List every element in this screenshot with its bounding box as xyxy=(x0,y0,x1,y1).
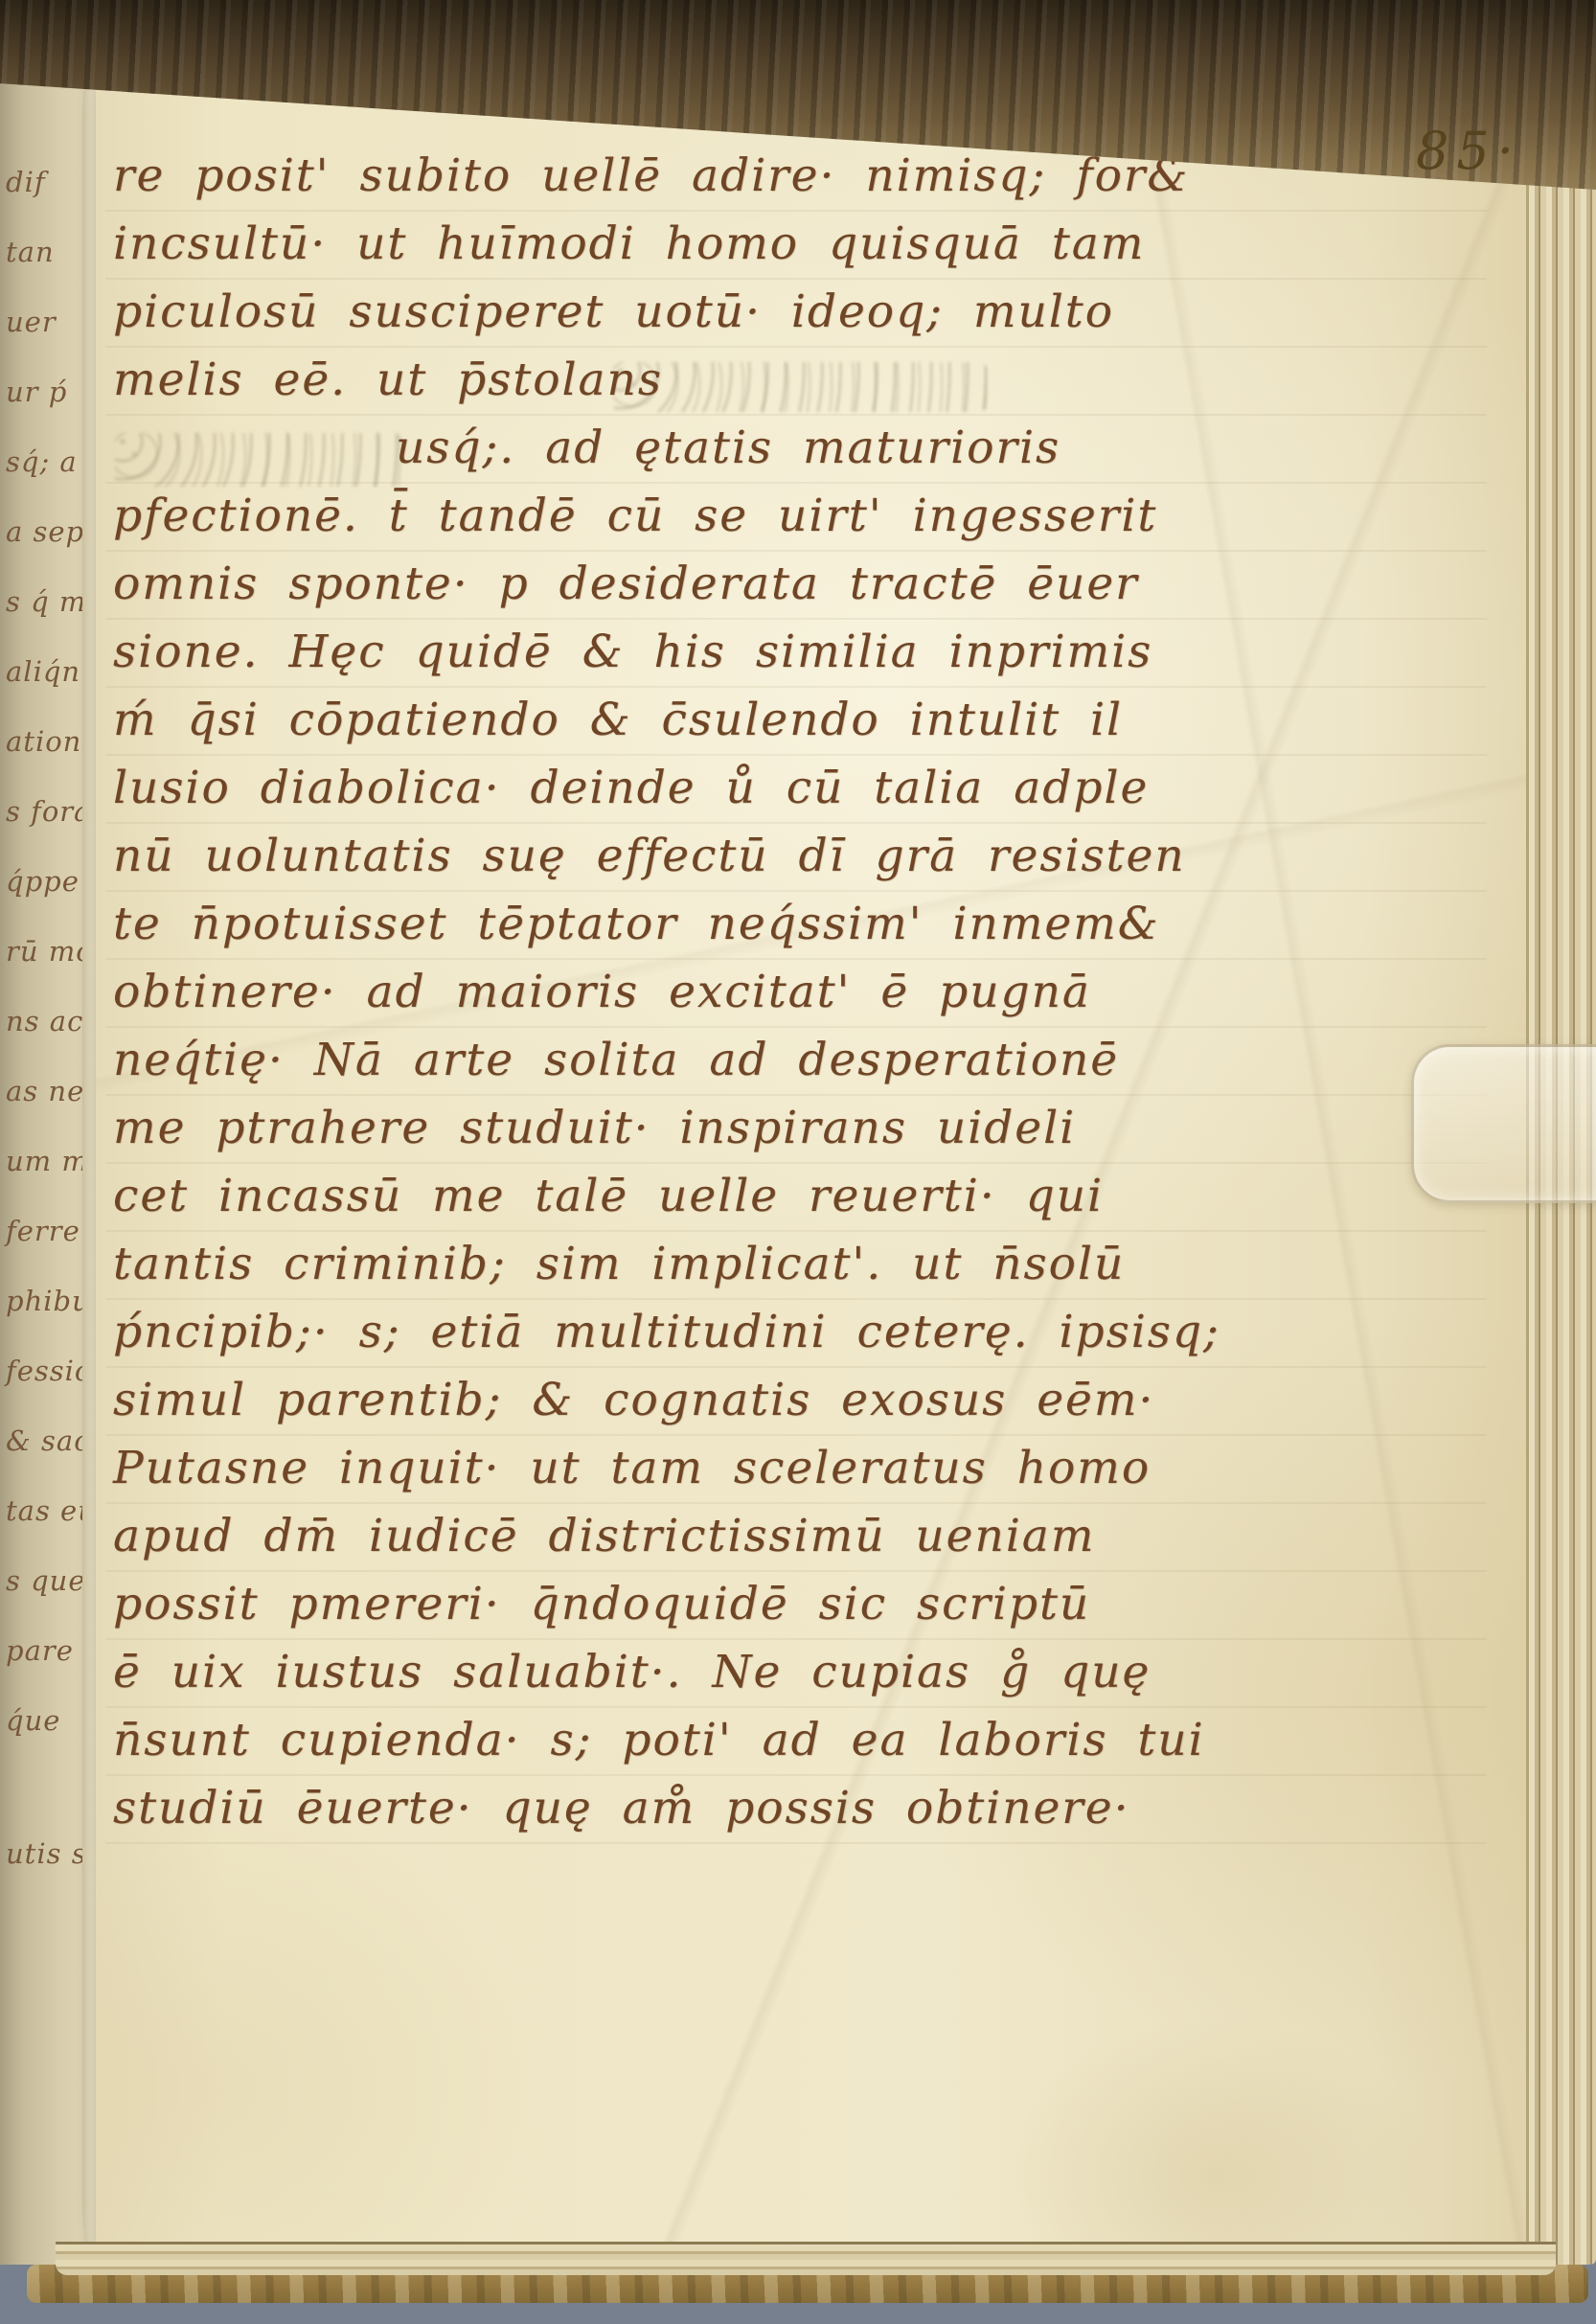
manuscript-book: dif tan uer ur ṕ sq́; a a sep s q́ m ali… xyxy=(0,0,1596,2324)
gutter-text-fragment: ferre. h xyxy=(6,1215,92,1247)
manuscript-text-line: ē uix iustus saluabit·. Ne cupias g̊ quę xyxy=(113,1638,1454,1706)
gutter-facing-page-edge: dif tan uer ur ṕ sq́; a a sep s q́ m ali… xyxy=(0,56,92,2265)
gutter-text-fragment: s foras xyxy=(6,795,92,828)
manuscript-text-line: ṕncipib;· s; etiā multitudini ceterę. ip… xyxy=(113,1298,1454,1366)
manuscript-text-line: studiū ēuerte· quę am̊ possis obtinere· xyxy=(113,1774,1454,1842)
manuscript-text-line: obtinere· ad maioris excitat' ē pugnā xyxy=(113,958,1454,1026)
manuscript-text-line: usq́;. ad ętatis maturioris xyxy=(113,414,1454,482)
manuscript-text-line: tantis criminib; sim implicat'. ut n̄sol… xyxy=(113,1230,1454,1298)
gutter-text-fragment: pare xyxy=(6,1634,74,1667)
gutter-text-fragment: s q́ m xyxy=(6,585,86,618)
manuscript-text-line: te n̄potuisset tēptator neq́ssim' inmem& xyxy=(113,890,1454,958)
page-number: 85· xyxy=(1416,121,1521,181)
gutter-text-fragment: as neq xyxy=(6,1075,92,1107)
gutter-text-fragment: & sacis xyxy=(6,1424,92,1457)
gutter-text-fragment: um me xyxy=(6,1145,92,1177)
manuscript-text-line: cet incassū me talē uelle reuerti· qui xyxy=(113,1162,1454,1230)
manuscript-text-line: pfectionē. t̄ tandē cū se uirt' ingesser… xyxy=(113,482,1454,550)
manuscript-text-line: piculosū susciperet uotū· ideoq; multo xyxy=(113,278,1454,346)
manuscript-text-line: neq́tię· Nā arte solita ad desperationē xyxy=(113,1026,1454,1094)
manuscript-text-line: nū uoluntatis suę effectū dī grā resiste… xyxy=(113,822,1454,890)
fore-edge-page-stack xyxy=(1526,146,1596,2265)
gutter-text-fragment: s que xyxy=(6,1564,86,1597)
gutter-text-fragment: uer xyxy=(6,306,57,338)
gutter-text-fragment: ur ṕ xyxy=(6,376,67,408)
manuscript-text-line: possit pmereri· q̄ndoquidē sic scriptū xyxy=(113,1570,1454,1638)
gutter-text-fragment: tas euer xyxy=(6,1494,92,1527)
gutter-text-fragment: ns ac d xyxy=(6,1005,92,1037)
manuscript-text-line: apud dm̄ iudicē districtissimū ueniam xyxy=(113,1502,1454,1570)
gutter-text-fragment: sq́; a xyxy=(6,445,78,478)
manuscript-text-line: melis eē. ut p̄stolans xyxy=(113,346,1454,414)
manuscript-text-line: sione. Hęc quidē & his similia inprimis xyxy=(113,618,1454,686)
gutter-text-fragment: phibui xyxy=(6,1285,92,1317)
gutter-text-fragment: a sep xyxy=(6,515,84,548)
bookmark-tab xyxy=(1411,1044,1596,1203)
manuscript-text-line: Putasne inquit· ut tam sceleratus homo xyxy=(113,1434,1454,1502)
manuscript-text-line: n̄sunt cupienda· s; poti' ad ea laboris … xyxy=(113,1706,1454,1774)
gutter-text-fragment: tan xyxy=(6,236,55,268)
gutter-text-fragment: q́ue xyxy=(6,1704,60,1737)
gutter-text-fragment: utis se xyxy=(6,1837,92,1870)
manuscript-text-line: simul parentib; & cognatis exosus eēm· xyxy=(113,1366,1454,1434)
manuscript-text-line: lusio diabolica· deinde ů cū talia adple xyxy=(113,754,1454,822)
manuscript-text-line: omnis sponte· p desiderata tractē ēuer xyxy=(113,550,1454,618)
gutter-text-fragment: q́ppe xyxy=(6,865,80,898)
manuscript-text-line: incsultū· ut huīmodi homo quisquā tam xyxy=(113,210,1454,278)
tail-edge-page-stack xyxy=(56,2242,1556,2275)
gutter-text-fragment: dif xyxy=(6,166,46,198)
gutter-text-fragment: atione xyxy=(6,725,92,758)
manuscript-text-line: ḿ q̄si cōpatiendo & c̄sulendo intulit il xyxy=(113,686,1454,754)
gutter-text-fragment: aliq́n xyxy=(6,655,80,688)
gutter-text-fragment: fessio xyxy=(6,1355,92,1387)
manuscript-text-line: me ptrahere studuit· inspirans uideli xyxy=(113,1094,1454,1162)
manuscript-text-block: re posit' subito uellē adire· nimisq; fo… xyxy=(113,142,1454,1842)
gutter-text-fragment: rū mole xyxy=(6,935,92,968)
